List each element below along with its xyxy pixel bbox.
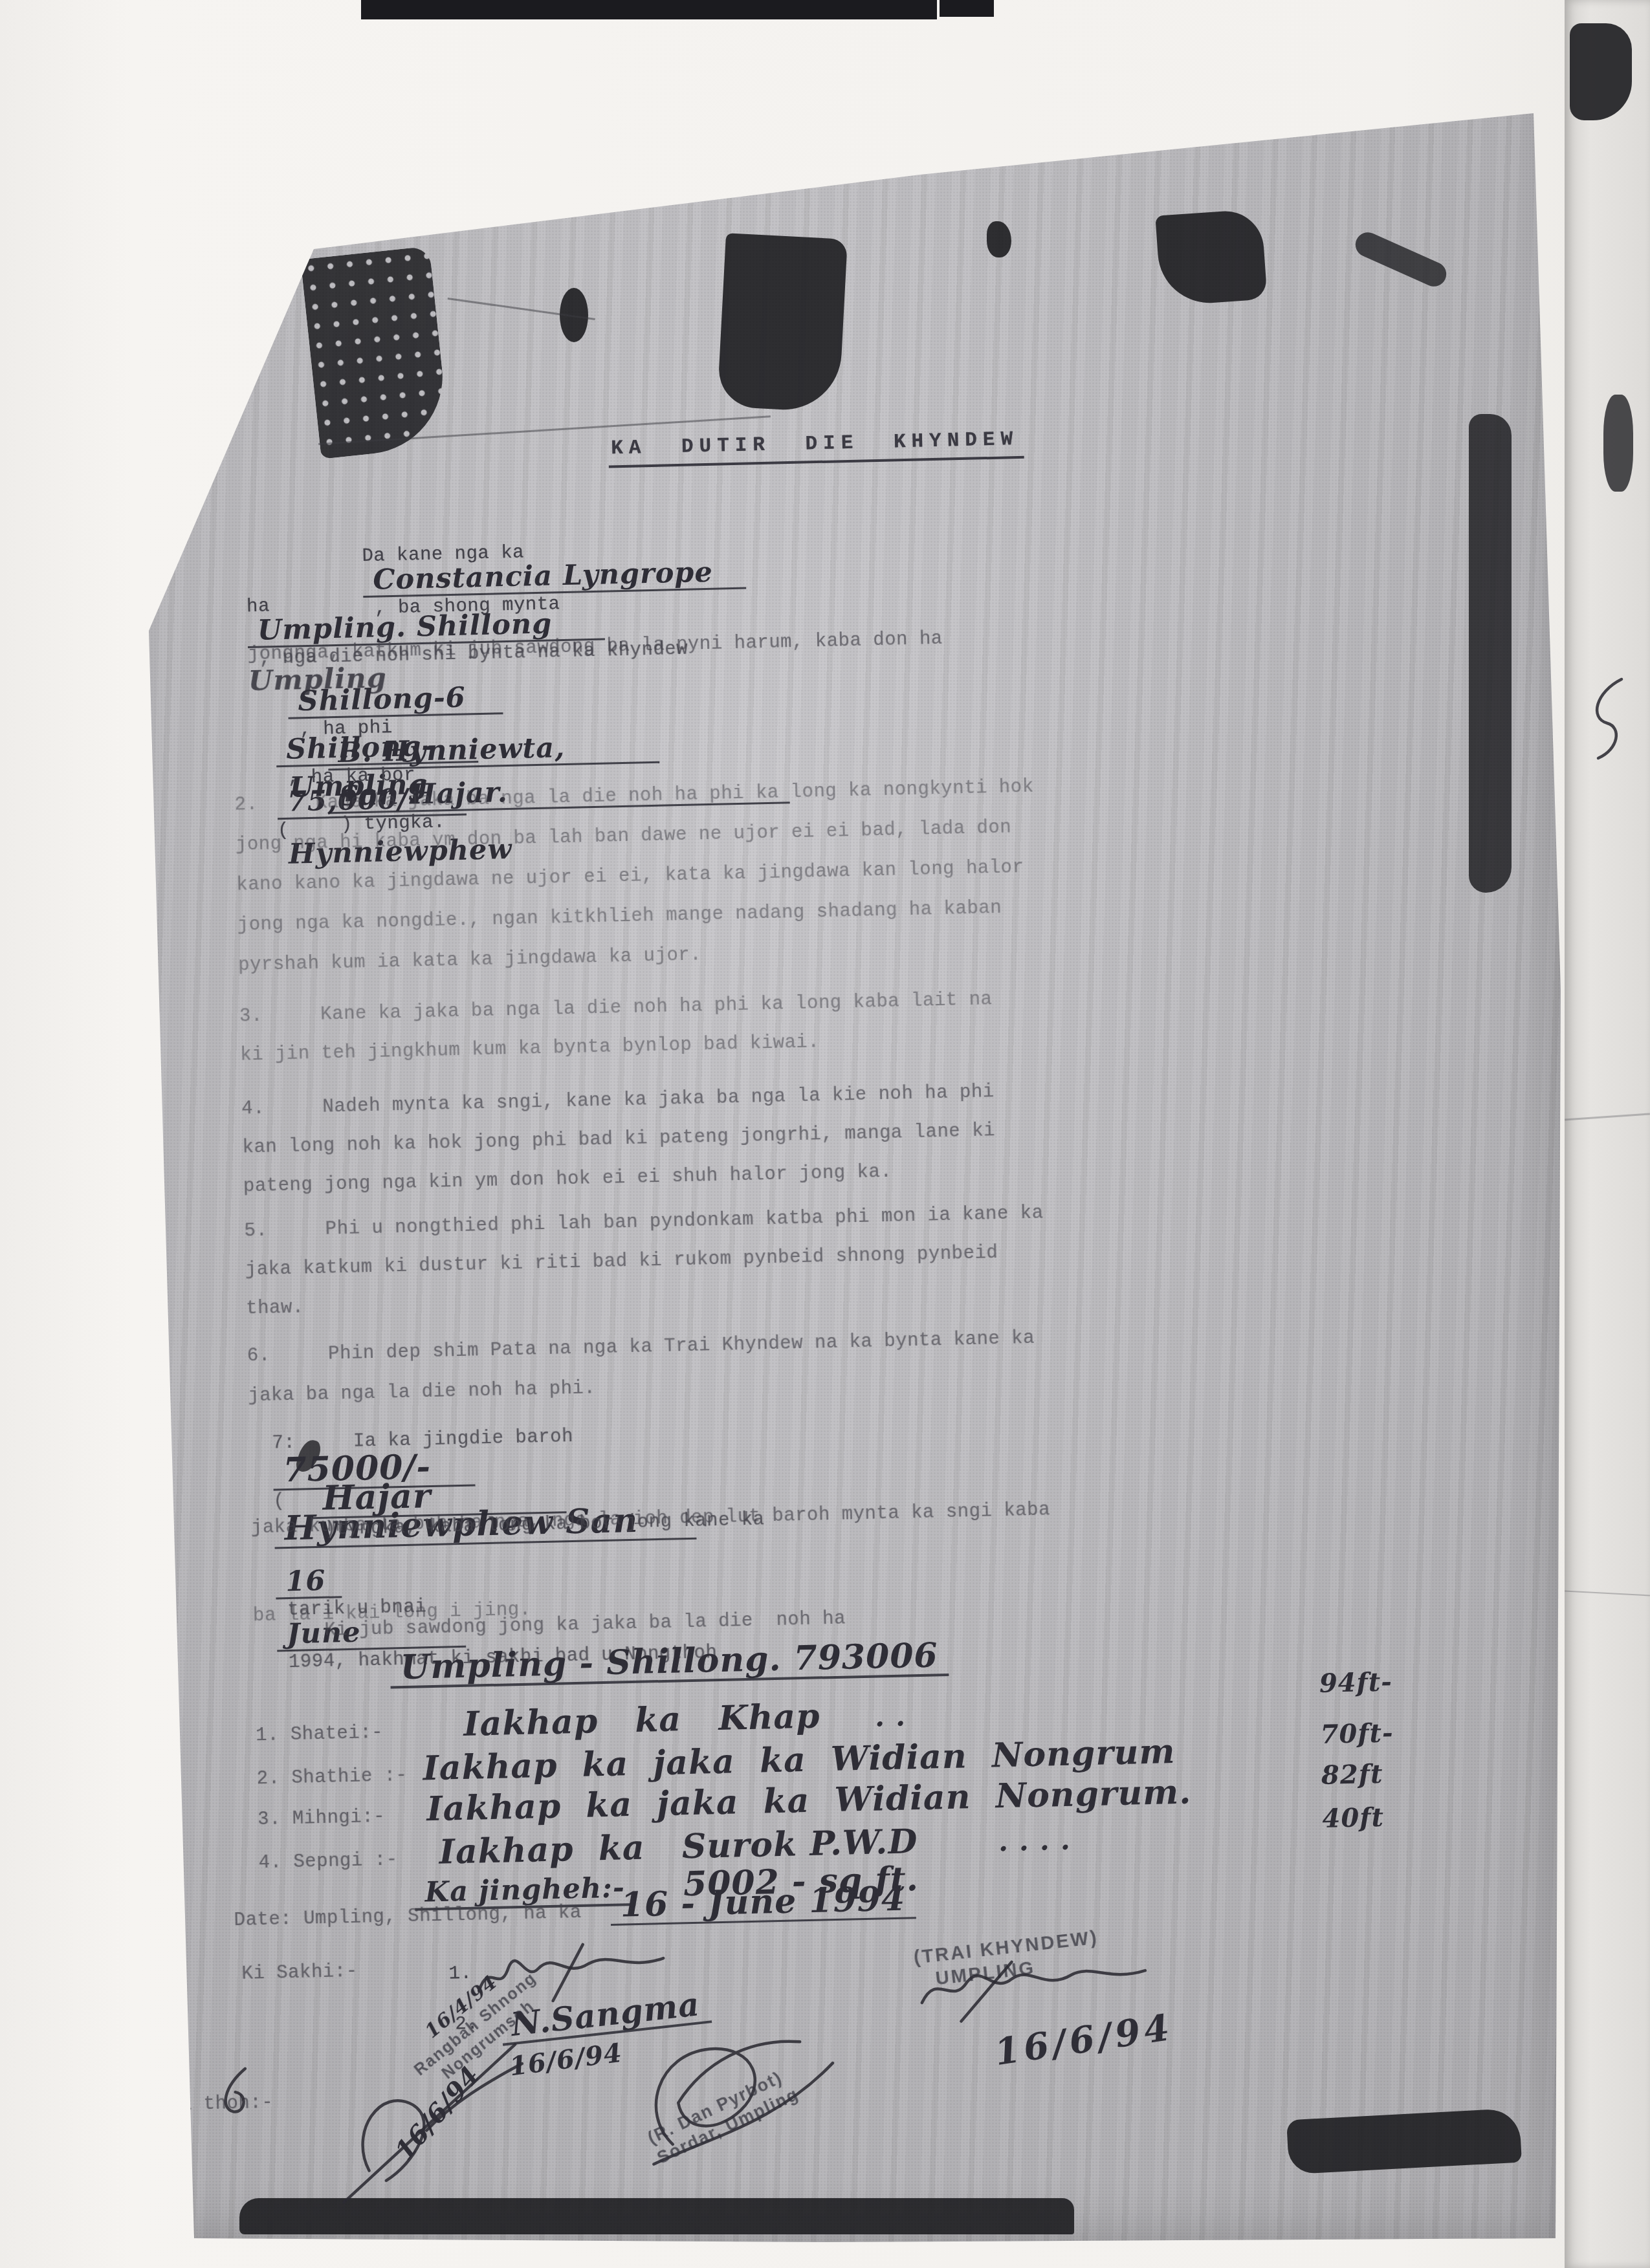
handwritten-day: 16: [275, 1567, 342, 1599]
typed-text: jongnga, katkum ki jub sawdong ba la pyn…: [247, 628, 943, 665]
typed-text: Date: Umpling, Shillong, ha ka: [234, 1902, 582, 1931]
witness-block: Ki Sakhi:-: [241, 1961, 358, 1985]
adjacent-sheet-edge: [1565, 0, 1650, 2268]
paragraph-4: 4. Nadeh mynta ka sngi, kane ka jaka ba …: [241, 1081, 996, 1214]
scan-edge-strip-2: [940, 0, 994, 17]
artifact-blob: [987, 221, 1011, 257]
witness-number-1: 1.: [448, 1963, 472, 1985]
fold-crease: [1565, 1591, 1650, 1597]
boundary-label: 4. Sepngi :-: [258, 1849, 398, 1873]
paragraph-7: 7: Ia ka jingdie baroh 75000/- ( Hynniew…: [248, 1403, 1053, 1642]
artifact-blob: [717, 233, 848, 412]
boundary-measurement: 82ft: [1321, 1759, 1383, 1791]
artifact-blob: [1155, 208, 1267, 306]
paragraph-1: Da kane nga ka Constancia Lyngrope , ba …: [222, 521, 946, 812]
artifact-streak: [1352, 228, 1450, 290]
artifact-blob: [1603, 395, 1633, 492]
typed-text: 4. Nadeh mynta ka sngi, kane ka jaka ba …: [241, 1081, 995, 1119]
signature-scribe-loop: [212, 2063, 258, 2122]
boundary-measurement: 40ft: [1322, 1802, 1384, 1834]
handwritten-locality: Shillong-6: [287, 683, 503, 719]
boundary-measurement: 70ft-: [1320, 1717, 1394, 1750]
handwritten-locality: Shillong-: [276, 732, 478, 767]
boundary-label: 3. Mihngi:-: [258, 1806, 386, 1830]
boundary-label: 2. Shathie :-: [256, 1765, 407, 1789]
handwritten-address: Umpling - Shillong. 793006: [390, 1639, 949, 1689]
property-address: Umpling - Shillong. 793006: [390, 1639, 949, 1689]
typed-text: 7: Ia ka jingdie baroh: [272, 1426, 573, 1454]
boundary-dots: . .: [874, 1700, 906, 1733]
document-page: KA DUTIR DIE KHYNDEW Da kane nga ka Cons…: [111, 19, 1561, 2242]
boundary-value: Iakhap ka Khap: [463, 1696, 821, 1743]
scan-edge-strip: [361, 0, 937, 19]
date-line: Date: Umpling, Shillong, ha ka 16 - June…: [234, 1882, 916, 1934]
document-title: KA DUTIR DIE KHYNDEW: [608, 428, 1024, 468]
artifact-streak: [1469, 414, 1512, 893]
boundary-dots: . . . .: [998, 1824, 1071, 1859]
boundary-measurement: 94ft-: [1319, 1666, 1392, 1699]
typed-text: thaw.: [246, 1296, 304, 1319]
typed-text: 3. Kane ka jaka ba nga la die noh ha phi…: [239, 988, 993, 1027]
handwritten-date: 16 - June 1994: [610, 1882, 916, 1926]
paragraph-2: 2. Kane ka jaka ba nga la die noh ha phi…: [234, 776, 1038, 995]
artifact-blob: [1570, 23, 1632, 120]
artifact-dotted-patch: [300, 246, 450, 459]
boundary-label: 1. Shatei:-: [256, 1722, 384, 1746]
witness-label: Ki Sakhi:-: [241, 1961, 358, 1985]
artifact-bottom-band-2: [1286, 2108, 1522, 2175]
paragraph-5: 5. Phi u nongthied phi lah ban pyndonkam…: [244, 1202, 1046, 1336]
fold-crease: [1565, 1113, 1650, 1120]
margin-pen-mark: [1576, 673, 1634, 763]
paragraph-3: 3. Kane ka jaka ba nga la die noh ha phi…: [239, 988, 994, 1083]
